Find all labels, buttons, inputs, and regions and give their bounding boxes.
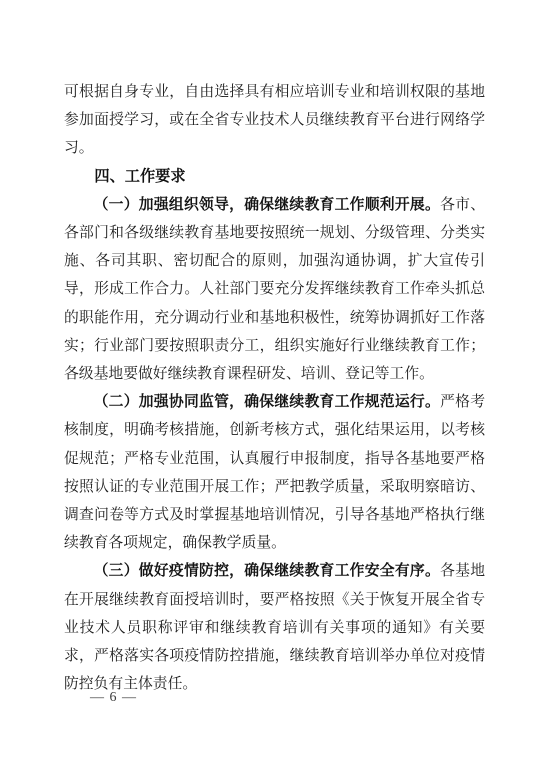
continuation-paragraph: 可根据自身专业，自由选择具有相应培训专业和培训权限的基地参加面授学习，或在全省专… (64, 78, 485, 163)
paragraph-item-3: （三）做好疫情防控，确保继续教育工作安全有序。各基地在开展继续教育面授培训时，要… (64, 557, 485, 698)
paragraph-item-1: （一）加强组织领导，确保继续教育工作顺利开展。各市、各部门和各级继续教育基地要按… (64, 191, 485, 388)
paragraph-item-2: （二）加强协同监管，确保继续教育工作规范运行。严格考核制度，明确考核措施，创新考… (64, 388, 485, 557)
item-1-lead: （一）加强组织领导，确保继续教育工作顺利开展。 (94, 197, 440, 213)
item-2-lead: （二）加强协同监管，确保继续教育工作规范运行。 (94, 394, 440, 410)
item-2-body: 严格考核制度，明确考核措施，创新考核方式，强化结果运用，以考核促规范；严格专业范… (64, 394, 485, 551)
item-3-lead: （三）做好疫情防控，确保继续教育工作安全有序。 (94, 563, 440, 579)
item-1-body: 各市、各部门和各级继续教育基地要按照统一规划、分级管理、分类实施、各司其职、密切… (64, 197, 485, 382)
item-3-body: 各基地在开展继续教育面授培训时，要严格按照《关于恢复开展全省专业技术人员职称评审… (64, 563, 485, 692)
document-page: 可根据自身专业，自由选择具有相应培训专业和培训权限的基地参加面授学习，或在全省专… (0, 0, 553, 783)
section-heading: 四、工作要求 (64, 163, 485, 191)
document-text-block: 可根据自身专业，自由选择具有相应培训专业和培训权限的基地参加面授学习，或在全省专… (64, 78, 485, 698)
page-number: — 6 — (90, 690, 137, 706)
